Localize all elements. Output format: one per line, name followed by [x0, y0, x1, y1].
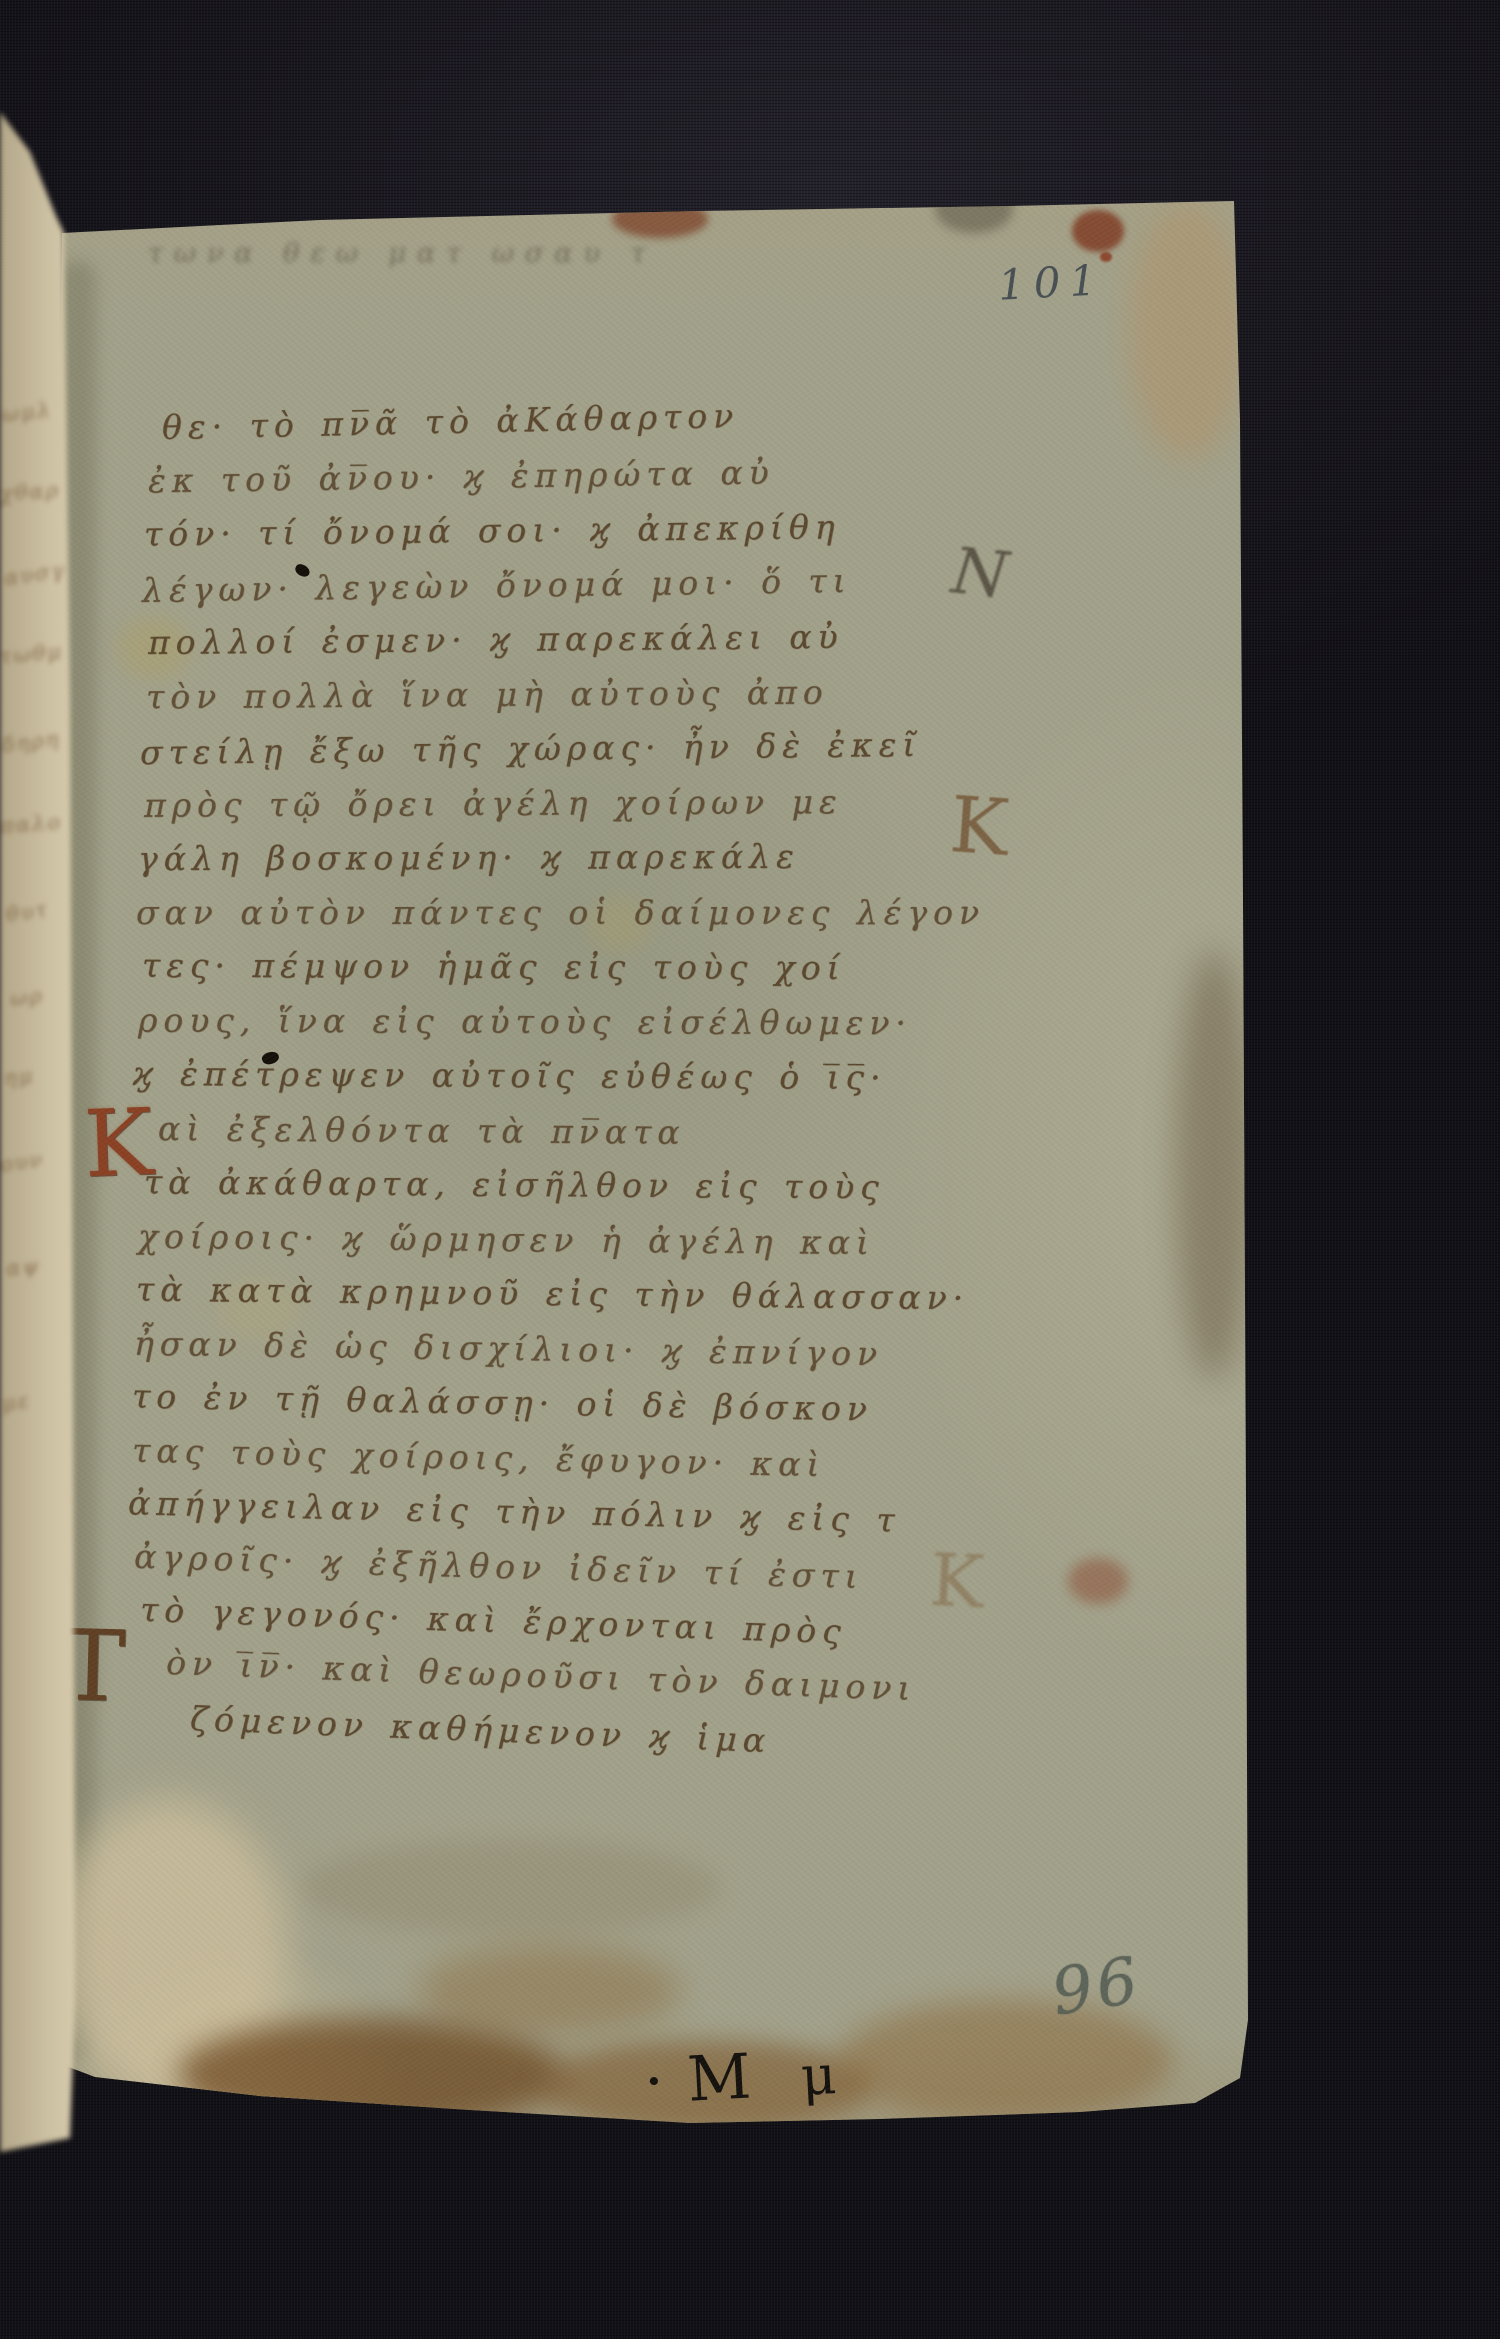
- edge-text-fragment: παλο: [0, 810, 63, 838]
- edge-text-fragment: αυσγ: [3, 558, 68, 590]
- edge-text-fragment: αψ: [5, 1253, 42, 1280]
- edge-text-fragment: ωρ: [9, 983, 45, 1010]
- fore-edge-blur-wrapper: ωμλ χθαρ αυσγ τωθμ δηρη παλο θυτ ωρ ημ ο…: [0, 0, 1500, 2339]
- edge-text-fragment: ουν: [0, 1147, 46, 1177]
- photo-backdrop-fabric: τωνα θεω ματ ωσαυ τ 101 θε· τὸ πν̅ᾶ τὸ ἀ…: [0, 0, 1500, 2339]
- edge-text-fragment: με: [1, 1388, 33, 1415]
- fore-edge-leaves: ωμλ χθαρ αυσγ τωθμ δηρη παλο θυτ ωρ ημ ο…: [0, 0, 110, 2339]
- edge-text-fragment: τωθμ: [0, 639, 64, 668]
- edge-text-fragment: χθαρ: [0, 478, 61, 506]
- edge-text-fragment: δηρη: [1, 727, 62, 758]
- edge-text-fragment: ημ: [3, 1064, 35, 1091]
- edge-text-fragment: ωμλ: [1, 397, 53, 426]
- edge-text-fragment: θυτ: [4, 897, 50, 927]
